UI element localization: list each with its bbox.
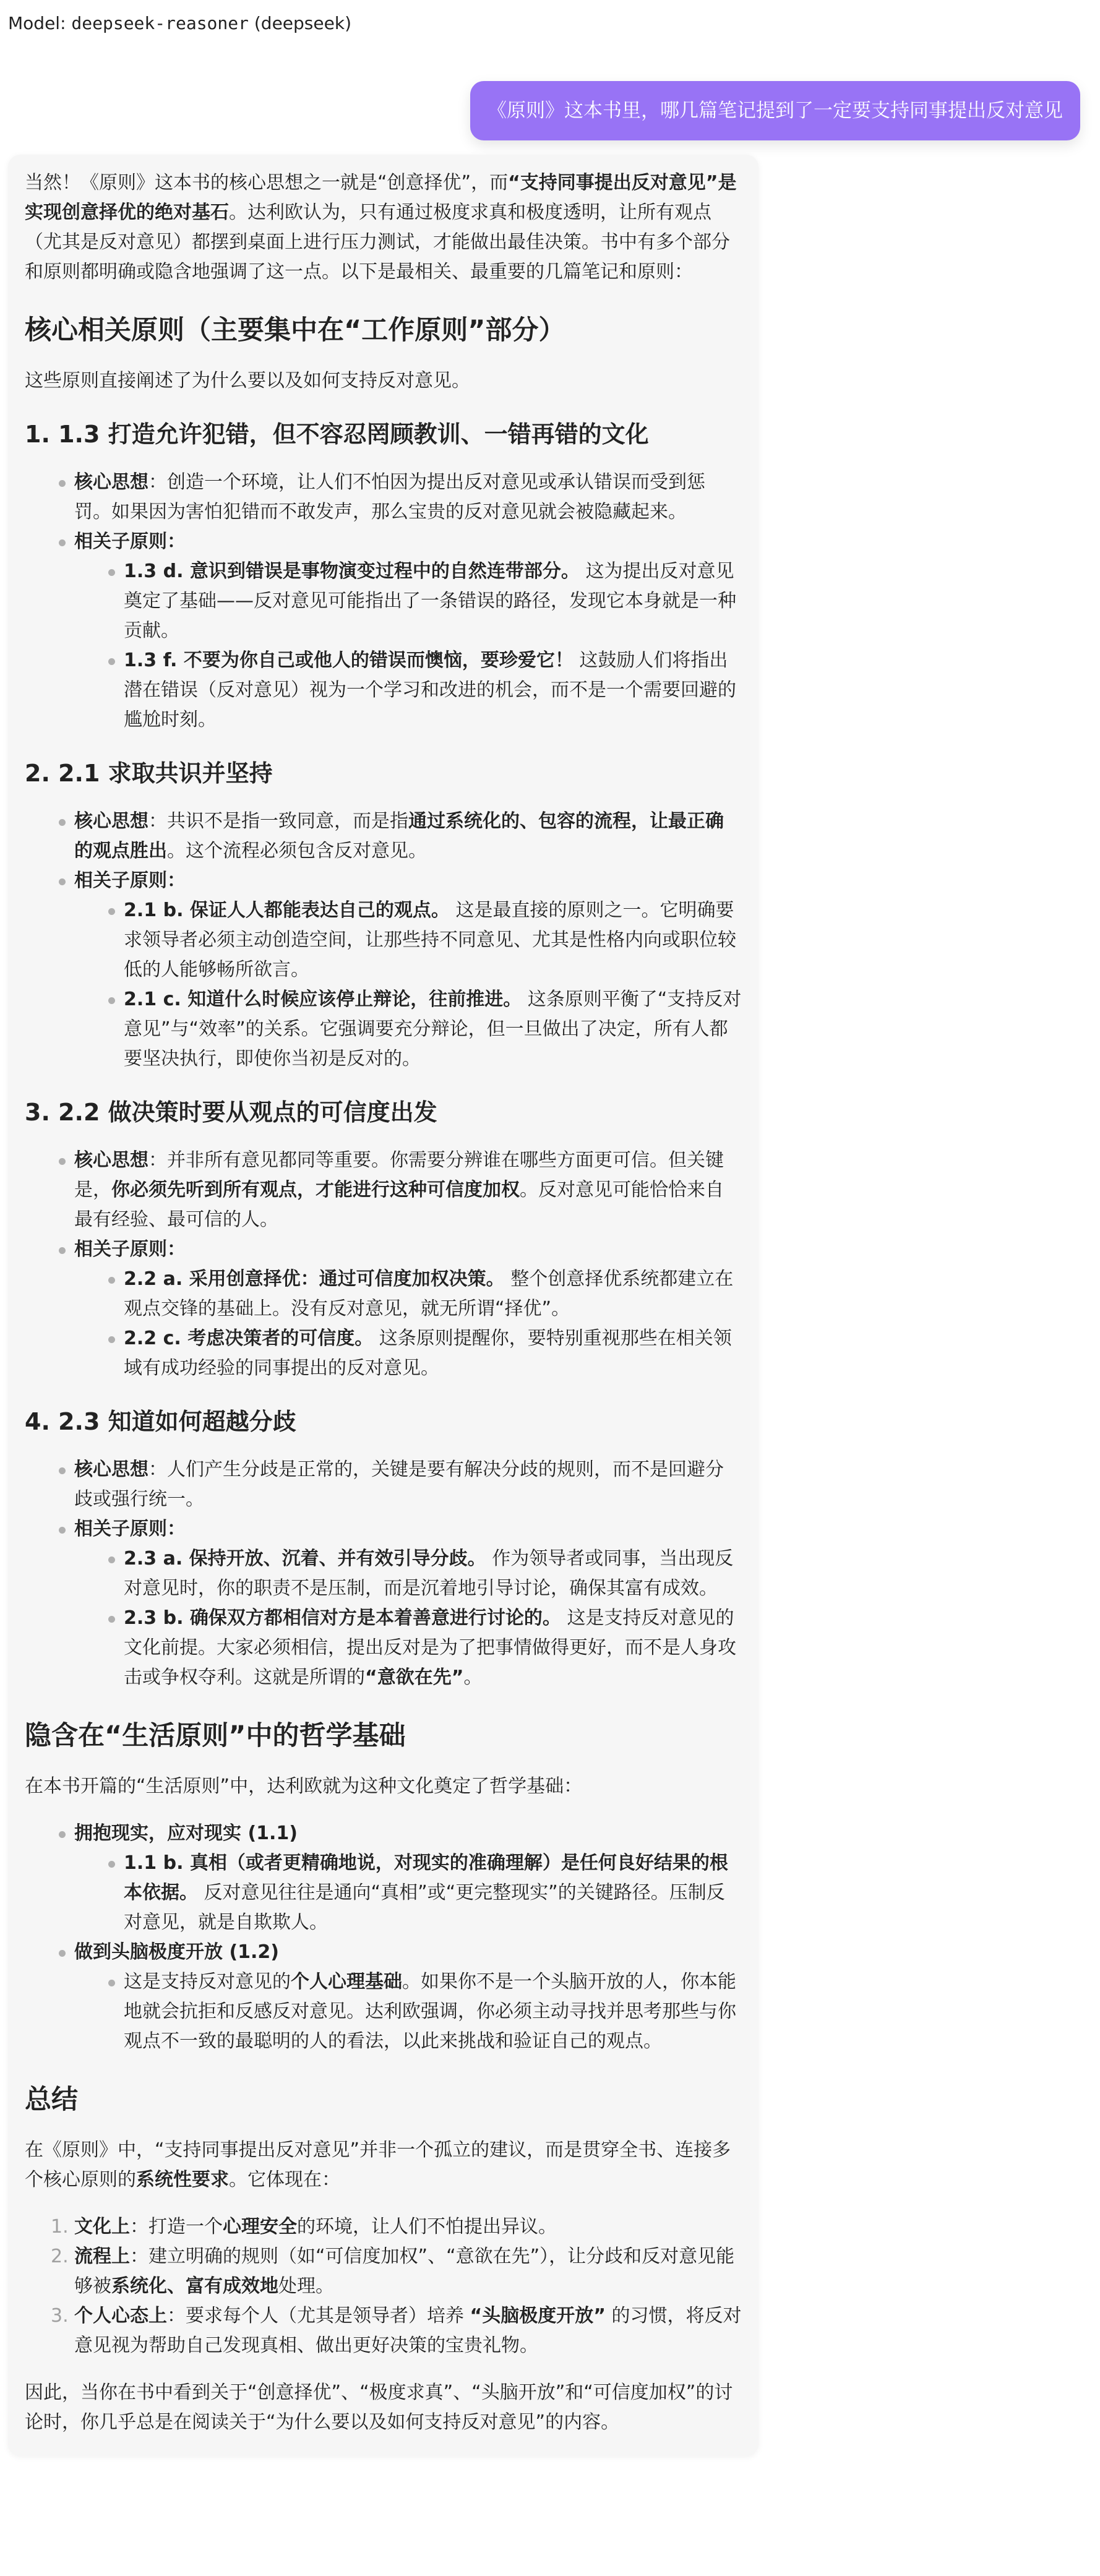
user-message-bubble: 《原则》这本书里，哪几篇笔记提到了一定要支持同事提出反对意见 xyxy=(470,81,1080,140)
sub-text: 反对意见往往是通向“真相”或“更完整现实”的关键路径。压制反对意见，就是自欺欺人… xyxy=(124,1882,725,1933)
core-label: 核心思想 xyxy=(74,1149,148,1171)
colon: ： xyxy=(130,2216,148,2238)
list-item: 相关子原则：2.2 a. 采用创意择优：通过可信度加权决策。 整个创意择优系统都… xyxy=(74,1235,742,1383)
assistant-message-bubble: 当然！《原则》这本书的核心思想之一就是“创意择优”，而“支持同事提出反对意见”是… xyxy=(8,155,758,2456)
core-text: 共识不是指一致同意，而是指 xyxy=(167,810,408,832)
sub-principle-item: 2.2 a. 采用创意择优：通过可信度加权决策。 整个创意择优系统都建立在观点交… xyxy=(124,1264,742,1324)
sub-principle-title: 2.2 c. 考虑决策者的可信度。 xyxy=(124,1328,373,1349)
list-item: 这是支持反对意见的个人心理基础。如果你不是一个头脑开放的人，你本能地就会抗拒和反… xyxy=(124,1967,742,2056)
sub-principle-title: 2.1 b. 保证人人都能表达自己的观点。 xyxy=(124,899,450,921)
colon: ： xyxy=(130,2246,148,2267)
colon: ： xyxy=(148,471,167,493)
list-item: 1.1 b. 真相（或者更精确地说，对现实的准确理解）是任何良好结果的根本依据。… xyxy=(124,1848,742,1938)
sub-principle-item: 2.2 c. 考虑决策者的可信度。 这条原则提醒你，要特别重视那些在相关领域有成… xyxy=(124,1324,742,1383)
list-item: 核心思想：共识不是指一致同意，而是指通过系统化的、包容的流程，让最正确的观点胜出… xyxy=(74,807,742,866)
list-item: 文化上：打造一个心理安全的环境，让人们不怕提出异议。 xyxy=(74,2212,742,2242)
list-item: 相关子原则：1.3 d. 意识到错误是事物演变过程中的自然连带部分。 这为提出反… xyxy=(74,527,742,735)
item-label: 拥抱现实，应对现实 (1.1) xyxy=(74,1823,298,1844)
sub-principle-item: 2.1 b. 保证人人都能表达自己的观点。 这是最直接的原则之一。它明确要求领导… xyxy=(124,896,742,985)
list-item: 做到头脑极度开放 (1.2) 这是支持反对意见的个人心理基础。如果你不是一个头脑… xyxy=(74,1938,742,2056)
list-item: 个人心态上：要求每个人（尤其是领导者）培养 “头脑极度开放” 的习惯，将反对意见… xyxy=(74,2301,742,2361)
colon: ： xyxy=(148,810,167,832)
list-item: 拥抱现实，应对现实 (1.1) 1.1 b. 真相（或者更精确地说，对现实的准确… xyxy=(74,1819,742,1938)
sub-principle-text: 。 xyxy=(463,1667,482,1688)
principle-details: 核心思想：共识不是指一致同意，而是指通过系统化的、包容的流程，让最正确的观点胜出… xyxy=(25,807,742,1074)
sub-label: 相关子原则： xyxy=(74,531,186,552)
sub-principle-item: 1.3 f. 不要为你自己或他人的错误而懊恼，要珍爱它！ 这鼓励人们将指出潜在错… xyxy=(124,646,742,735)
section-description: 在本书开篇的“生活原则”中，达利欧就为这种文化奠定了哲学基础： xyxy=(25,1772,742,1801)
core-text: 创造一个环境，让人们不怕因为提出反对意见或承认错误而受到惩罚。如果因为害怕犯错而… xyxy=(74,471,705,523)
life-principles-list: 拥抱现实，应对现实 (1.1) 1.1 b. 真相（或者更精确地说，对现实的准确… xyxy=(25,1819,742,2056)
sub-principle-title: 2.3 b. 确保双方都相信对方是本着善意进行讨论的。 xyxy=(124,1607,561,1629)
principle-heading: 2. 2.1 求取共识并坚持 xyxy=(25,756,742,791)
intro-paragraph: 当然！《原则》这本书的核心思想之一就是“创意择优”，而“支持同事提出反对意见”是… xyxy=(25,168,742,287)
summary-list: 文化上：打造一个心理安全的环境，让人们不怕提出异议。流程上：建立明确的规则（如“… xyxy=(25,2212,742,2361)
sub-principle-item: 2.3 a. 保持开放、沉着、并有效引导分歧。 作为领导者或同事，当出现反对意见… xyxy=(124,1544,742,1604)
list-item: 相关子原则：2.1 b. 保证人人都能表达自己的观点。 这是最直接的原则之一。它… xyxy=(74,866,742,1074)
closing-paragraph: 因此，当你在书中看到关于“创意择优”、“极度求真”、“头脑开放”和“可信度加权”… xyxy=(25,2378,742,2437)
sub-principle-item: 2.3 b. 确保双方都相信对方是本着善意进行讨论的。 这是支持反对意见的文化前… xyxy=(124,1604,742,1693)
sub-principle-item: 1.3 d. 意识到错误是事物演变过程中的自然连带部分。 这为提出反对意见奠定了… xyxy=(124,557,742,646)
sub-principle-title: 1.3 f. 不要为你自己或他人的错误而懊恼，要珍爱它！ xyxy=(124,650,574,671)
sub-bold: 个人心理基础 xyxy=(291,1971,402,1993)
summary-text: 在《原则》中，“支持同事提出反对意见”并非一个孤立的建议，而是贯穿全书、连接多个… xyxy=(25,2139,731,2191)
colon: ： xyxy=(167,2305,186,2327)
section-description: 这些原则直接阐述了为什么要以及如何支持反对意见。 xyxy=(25,366,742,396)
principles-list: 1. 1.3 打造允许犯错，但不容忍罔顾教训、一错再错的文化核心思想：创造一个环… xyxy=(25,417,742,1693)
item-text: 处理。 xyxy=(278,2275,334,2297)
list-item: 核心思想：人们产生分歧是正常的，关键是要有解决分歧的规则，而不是回避分歧或强行统… xyxy=(74,1455,742,1514)
model-label: Model: deepseek-reasoner (deepseek) xyxy=(8,11,351,36)
sub-principle-title: 2.2 a. 采用创意择优：通过可信度加权决策。 xyxy=(124,1268,505,1290)
model-name: deepseek-reasoner xyxy=(71,13,249,33)
sub-principle-title: 2.1 c. 知道什么时候应该停止辩论，往前推进。 xyxy=(124,989,522,1010)
item-text: “头脑极度开放” xyxy=(470,2305,606,2327)
sub-principle-title: 2.3 a. 保持开放、沉着、并有效引导分歧。 xyxy=(124,1548,486,1569)
principle-details: 核心思想：人们产生分歧是正常的，关键是要有解决分歧的规则，而不是回避分歧或强行统… xyxy=(25,1455,742,1693)
item-text: 的环境，让人们不怕提出异议。 xyxy=(297,2216,557,2238)
summary-text: 。它体现在： xyxy=(229,2169,340,2191)
item-text: 要求每个人（尤其是领导者）培养 xyxy=(186,2305,470,2327)
sub-principle-title: 1.3 d. 意识到错误是事物演变过程中的自然连带部分。 xyxy=(124,560,580,582)
model-prefix: Model: xyxy=(8,13,71,33)
summary-bold: 系统性要求 xyxy=(136,2169,229,2191)
sub-label: 相关子原则： xyxy=(74,870,186,891)
item-text: 打造一个 xyxy=(148,2216,223,2238)
sub-principle-item: 2.1 c. 知道什么时候应该停止辩论，往前推进。 这条原则平衡了“支持反对意见… xyxy=(124,985,742,1074)
list-item: 流程上：建立明确的规则（如“可信度加权”、“意欲在先”），让分歧和反对意见能够被… xyxy=(74,2242,742,2301)
model-provider: (deepseek) xyxy=(249,13,351,33)
section-heading: 隐含在“生活原则”中的哲学基础 xyxy=(25,1717,742,1754)
list-item: 相关子原则：2.3 a. 保持开放、沉着、并有效引导分歧。 作为领导者或同事，当… xyxy=(74,1514,742,1693)
sub-principle-bold: “意欲在先” xyxy=(365,1667,463,1688)
list-item: 核心思想：并非所有意见都同等重要。你需要分辨谁在哪些方面更可信。但关键是，你必须… xyxy=(74,1146,742,1235)
item-text: 心理安全 xyxy=(223,2216,297,2238)
item-label: 做到头脑极度开放 (1.2) xyxy=(74,1941,279,1963)
core-text: 你必须先听到所有观点，才能进行这种可信度加权 xyxy=(111,1179,520,1201)
principle-details: 核心思想：创造一个环境，让人们不怕因为提出反对意见或承认错误而受到惩罚。如果因为… xyxy=(25,468,742,735)
item-label: 流程上 xyxy=(74,2246,130,2267)
core-label: 核心思想 xyxy=(74,1459,148,1480)
principle-heading: 1. 1.3 打造允许犯错，但不容忍罔顾教训、一错再错的文化 xyxy=(25,417,742,452)
core-label: 核心思想 xyxy=(74,810,148,832)
item-label: 个人心态上 xyxy=(74,2305,167,2327)
sub-label: 相关子原则： xyxy=(74,1239,186,1260)
sub-text: 这是支持反对意见的 xyxy=(124,1971,291,1993)
item-text: 系统化、富有成效地 xyxy=(111,2275,278,2297)
item-label: 文化上 xyxy=(74,2216,130,2238)
principle-details: 核心思想：并非所有意见都同等重要。你需要分辨谁在哪些方面更可信。但关键是，你必须… xyxy=(25,1146,742,1383)
core-label: 核心思想 xyxy=(74,471,148,493)
principle-heading: 4. 2.3 知道如何超越分歧 xyxy=(25,1404,742,1439)
core-text: 人们产生分歧是正常的，关键是要有解决分歧的规则，而不是回避分歧或强行统一。 xyxy=(74,1459,724,1510)
summary-paragraph: 在《原则》中，“支持同事提出反对意见”并非一个孤立的建议，而是贯穿全书、连接多个… xyxy=(25,2136,742,2195)
summary-heading: 总结 xyxy=(25,2081,742,2118)
colon: ： xyxy=(148,1149,167,1171)
sub-label: 相关子原则： xyxy=(74,1518,186,1540)
core-text: 。这个流程必须包含反对意见。 xyxy=(167,840,427,862)
colon: ： xyxy=(148,1459,167,1480)
intro-text: 当然！《原则》这本书的核心思想之一就是“创意择优”，而 xyxy=(25,172,508,194)
list-item: 核心思想：创造一个环境，让人们不怕因为提出反对意见或承认错误而受到惩罚。如果因为… xyxy=(74,468,742,527)
section-heading: 核心相关原则（主要集中在“工作原则”部分） xyxy=(25,312,742,349)
principle-heading: 3. 2.2 做决策时要从观点的可信度出发 xyxy=(25,1095,742,1130)
